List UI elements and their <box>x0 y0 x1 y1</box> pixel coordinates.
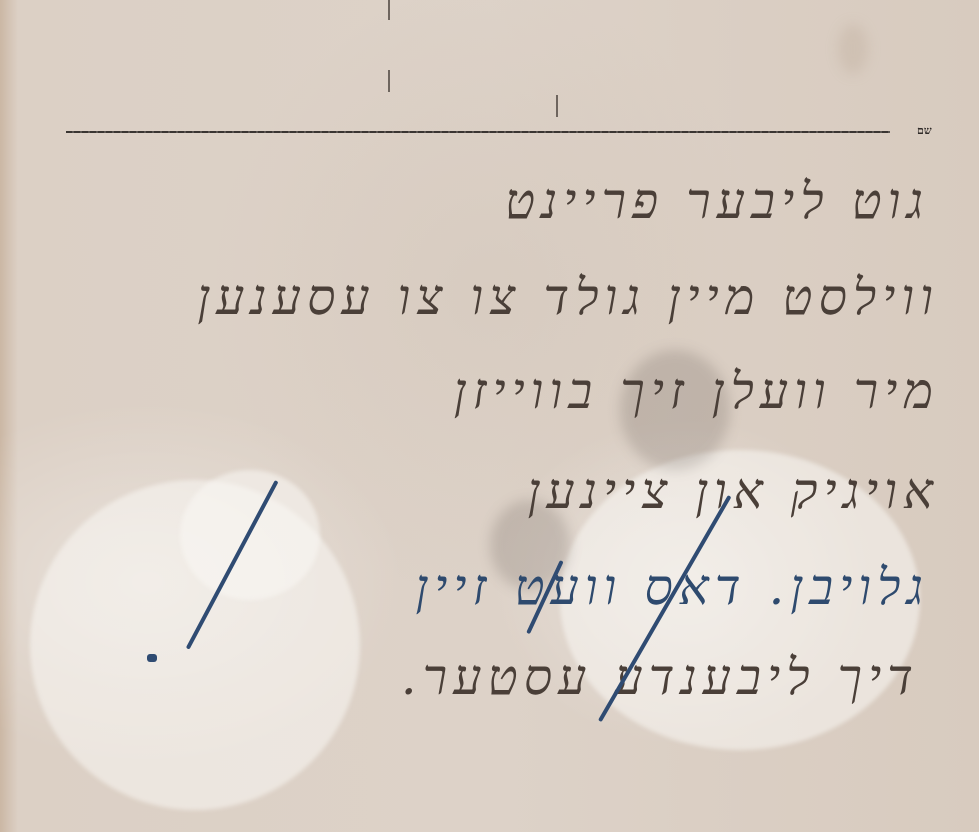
letter-line-5: גלויבן. דאס וועט זיין <box>416 558 929 616</box>
letter-line-3: מיר וועלן זיך בווייזן <box>454 362 939 420</box>
letter-line-1: גוט ליבער פריינט <box>505 172 929 230</box>
divider-tick-1 <box>388 0 390 20</box>
letter-line-4: אויגיק און ציינען <box>528 462 939 520</box>
letter-line-6: דיך ליבענדע עסטער. <box>401 648 919 706</box>
water-mark-top-right <box>838 24 868 74</box>
address-rule-line <box>66 131 890 133</box>
postcard: שם גוט ליבער פריינט ווילסט מיין גולד צו … <box>0 0 979 832</box>
letter-line-2: ווילסט מיין גולד צו צו עסענען <box>197 268 939 326</box>
printed-mark: שם <box>917 124 932 137</box>
divider-tick-2 <box>388 70 390 92</box>
blue-dot <box>147 654 157 662</box>
divider-tick-3 <box>556 95 558 117</box>
